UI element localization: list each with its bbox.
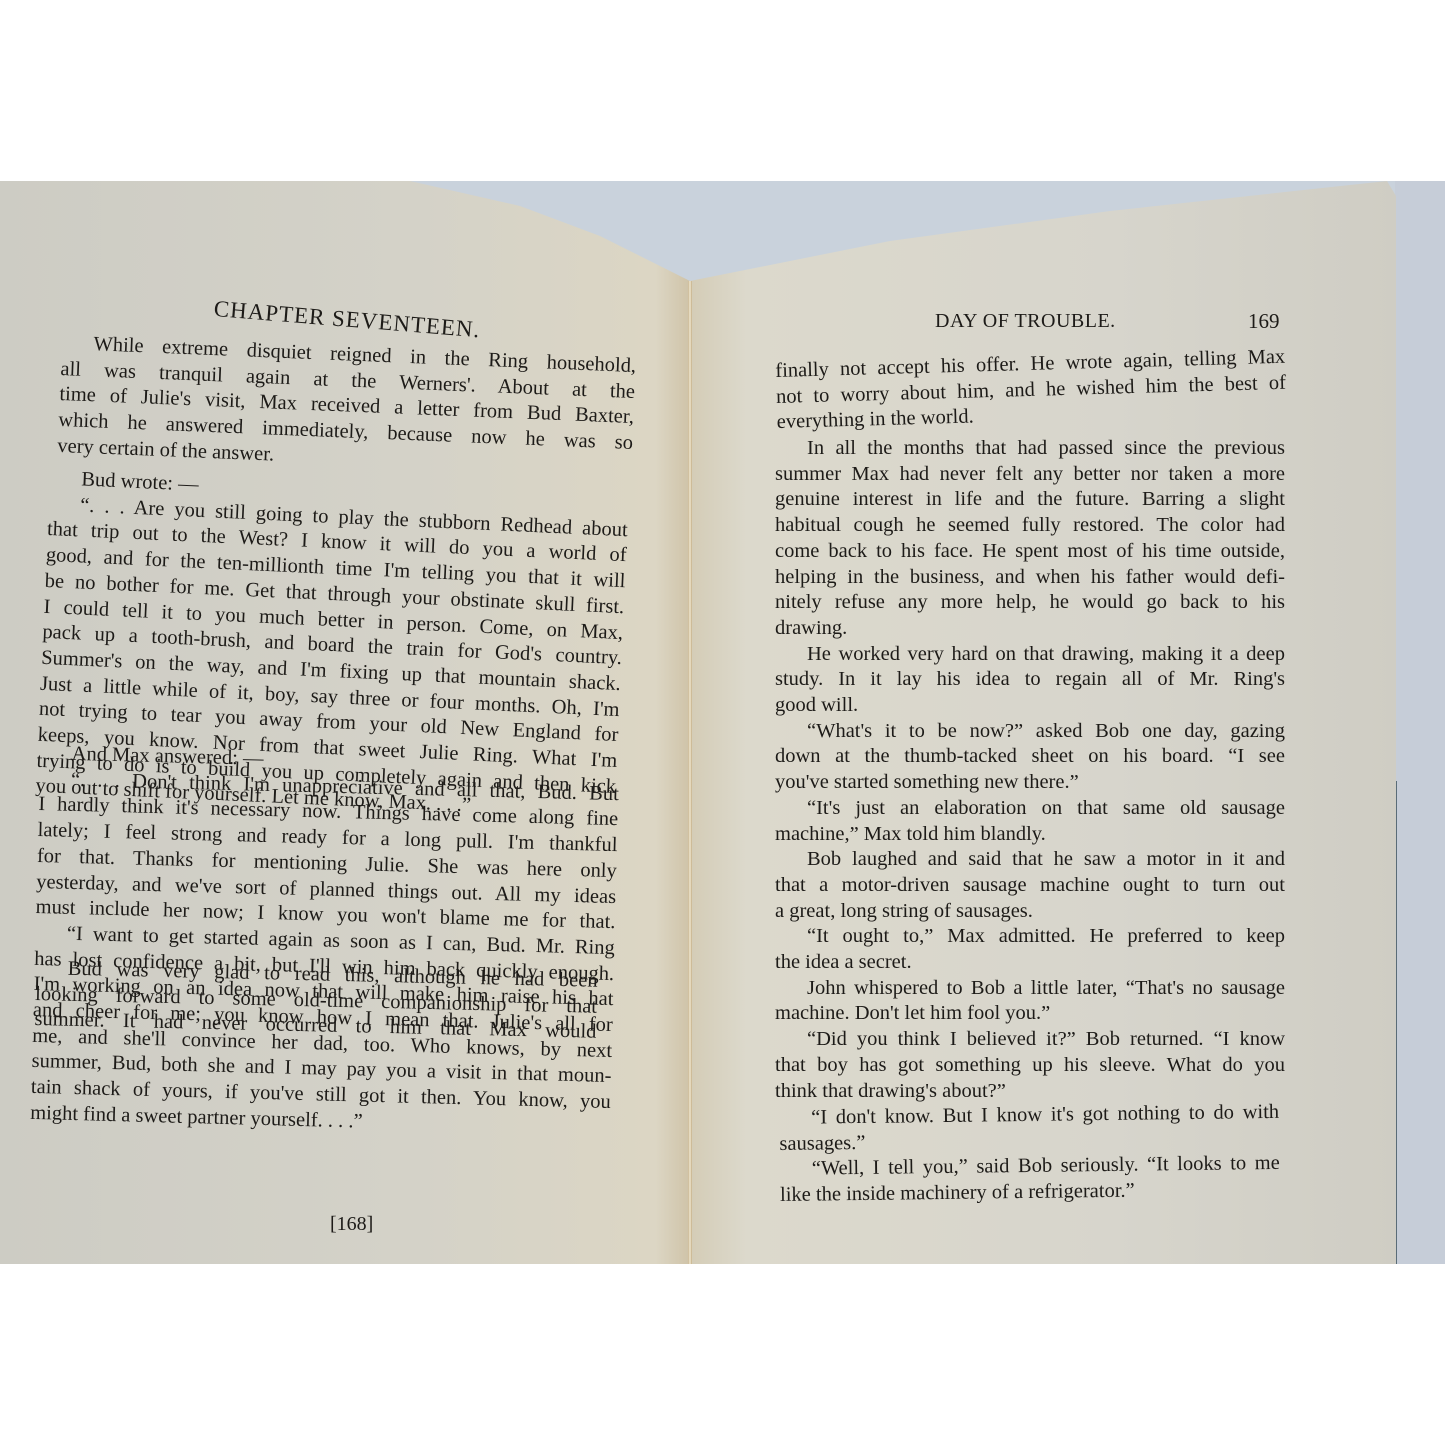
text-line: come back to his face. He spent most of … — [775, 539, 1285, 565]
book-gutter — [688, 281, 692, 1264]
right-para-1: finally not accept his offer. He wrote a… — [775, 345, 1287, 436]
max-letter: And Max answered: — “. . . Don't think I… — [30, 741, 620, 1142]
text-line: nitely refuse any more help, he would go… — [775, 590, 1285, 616]
book-photo: CHAPTER SEVENTEEN. While extreme disquie… — [0, 181, 1445, 1264]
right-tail: “I don't know. But I know it's got nothi… — [779, 1100, 1280, 1209]
right-body: In all the months that had passed since … — [775, 436, 1285, 1104]
text-line: “It's just an elaboration on that same o… — [775, 796, 1285, 822]
text-line: drawing. — [775, 616, 1285, 642]
text-line: the idea a secret. — [775, 950, 1285, 976]
text-line: a great, long string of sausages. — [775, 899, 1285, 925]
text-line: good will. — [775, 693, 1285, 719]
text-line: you've started something new there.” — [775, 770, 1285, 796]
text-line: that boy has got something up his sleeve… — [775, 1053, 1285, 1079]
text-line: “What's it to be now?” asked Bob one day… — [775, 719, 1285, 745]
backdrop — [1395, 181, 1445, 1264]
text-line: He worked very hard on that drawing, mak… — [775, 642, 1285, 668]
left-para-final: Bud was very glad to read this, although… — [34, 956, 598, 1046]
text-line: Bob laughed and said that he saw a motor… — [775, 847, 1285, 873]
text-line: that a motor-driven sausage machine ough… — [775, 873, 1285, 899]
text-line: machine,” Max told him blandly. — [775, 822, 1285, 848]
text-line: “Did you think I believed it?” Bob retur… — [775, 1027, 1285, 1053]
text-line: John whispered to Bob a little later, “T… — [775, 976, 1285, 1002]
text-line: “It ought to,” Max admitted. He preferre… — [775, 924, 1285, 950]
text-line: down at the thumb-tacked sheet on his bo… — [775, 744, 1285, 770]
page-number-right: 169 — [1248, 309, 1280, 334]
left-para-1: While extreme disquiet reigned in the Ri… — [57, 331, 637, 482]
text-line: genuine interest in life and the future.… — [775, 487, 1285, 513]
page-number-left: [168] — [330, 1213, 373, 1236]
text-line: summer Max had never felt any better nor… — [775, 462, 1285, 488]
text-line: helping in the business, and when his fa… — [775, 565, 1285, 591]
text-line: study. In it lay his idea to regain all … — [775, 667, 1285, 693]
text-line: habitual cough he seemed fully restored.… — [775, 513, 1285, 539]
text-line: In all the months that had passed since … — [775, 436, 1285, 462]
text-line: machine. Don't let him fool you.” — [775, 1001, 1285, 1027]
running-head: DAY OF TROUBLE. — [935, 310, 1116, 333]
